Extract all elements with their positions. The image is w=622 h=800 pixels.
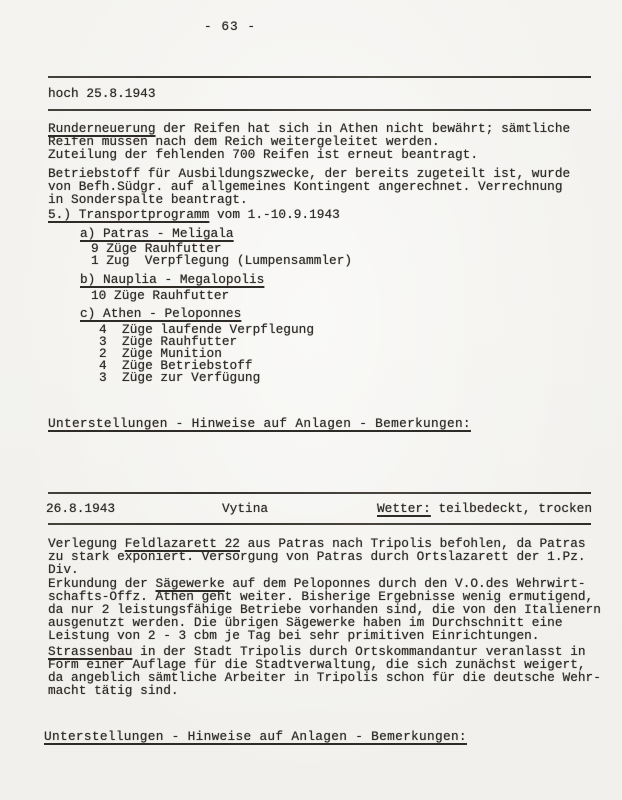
entry2-date: 26.8.1943 xyxy=(46,502,115,515)
route-a-items: 9 Züge Rauhfutter 1 Zug Verpflegung (Lum… xyxy=(91,243,622,267)
route-a-title: a) Patras - Meligala xyxy=(80,227,622,240)
entry2-footer-heading: Unterstellungen - Hinweise auf Anlagen -… xyxy=(44,730,606,743)
transport-program-heading: 5.) Transportprogramm vom 1.-10.9.1943 xyxy=(48,208,610,221)
weather-label: Wetter: xyxy=(377,501,431,516)
route-b-items: 10 Züge Rauhfutter xyxy=(91,290,622,302)
entry2-paragraph-hospital: Verlegung Feldlazarett 22 aus Patras nac… xyxy=(48,537,610,576)
heading-text: vom 1.-10.9.1943 xyxy=(209,207,340,222)
entry2-weather: Wetter: teilbedeckt, trocken xyxy=(377,502,592,515)
route-b-title: b) Nauplia - Megalopolis xyxy=(80,273,622,286)
weather-value: teilbedeckt, trocken xyxy=(431,501,592,516)
route-c-title: c) Athen - Peloponnes xyxy=(80,307,622,320)
entry1-paragraph-retreading: Runderneuerung der Reifen hat sich in At… xyxy=(48,122,610,161)
divider xyxy=(48,492,591,494)
entry2-paragraph-sawmills: Erkundung der Sägewerke auf dem Peloponn… xyxy=(48,577,610,642)
divider xyxy=(48,109,591,111)
page-number: - 63 - xyxy=(204,20,256,33)
entry2-paragraph-roadworks: Strassenbau in der Stadt Tripolis durch … xyxy=(48,645,610,697)
underlined-term: 5.) Transportprogramm xyxy=(48,207,209,222)
divider xyxy=(48,523,591,525)
divider xyxy=(48,76,591,78)
document-page: - 63 - hoch 25.8.1943 Runderneuerung der… xyxy=(0,0,622,800)
route-c-items: 4 Züge laufende Verpflegung 3 Züge Rauhf… xyxy=(99,324,622,384)
entry1-footer-heading: Unterstellungen - Hinweise auf Anlagen -… xyxy=(48,417,610,430)
entry1-paragraph-fuel: Betriebstoff für Ausbildungszwecke, der … xyxy=(48,167,610,206)
entry2-place: Vytina xyxy=(222,502,268,515)
entry1-date-label: hoch 25.8.1943 xyxy=(48,87,610,100)
